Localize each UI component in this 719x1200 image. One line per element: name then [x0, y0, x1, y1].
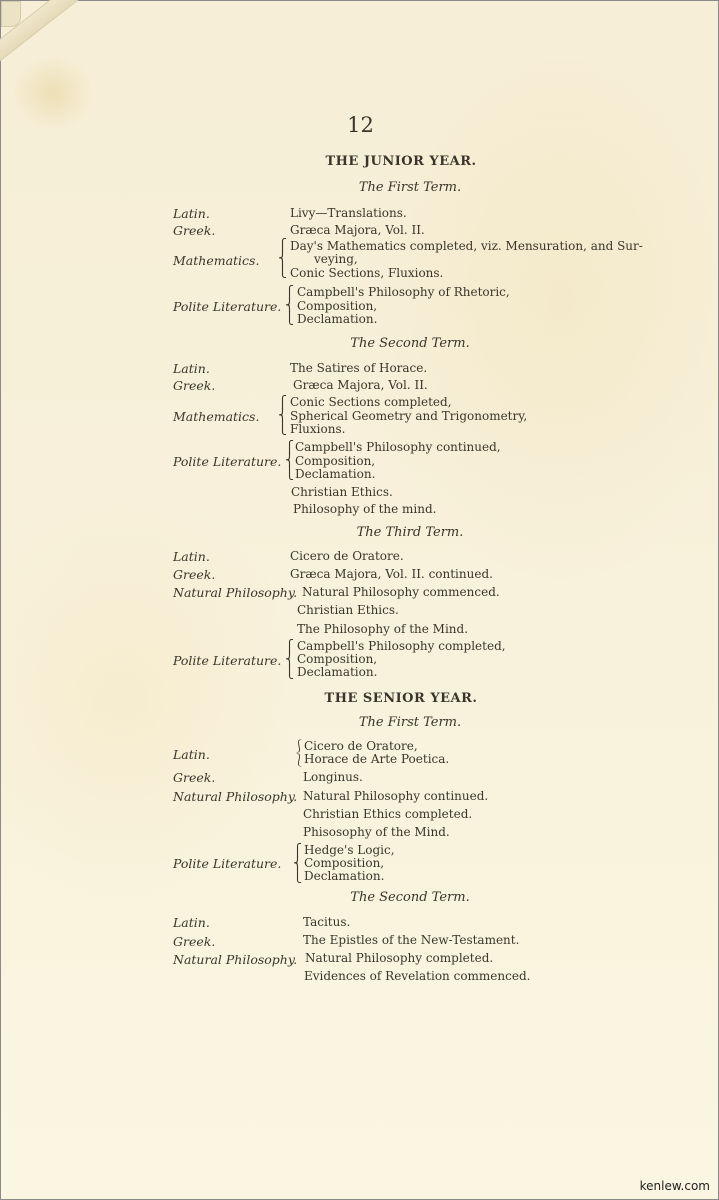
- watermark: kenlew.com: [640, 1179, 710, 1193]
- course-line: Campbell's Philosophy completed,: [297, 639, 506, 653]
- course-line: Cicero de Oratore,: [304, 739, 418, 753]
- subject-latin: Latin.: [173, 206, 210, 221]
- course-text: The Epistles of the New-Testament.: [303, 933, 519, 947]
- course-text: Græca Majora, Vol. II. continued.: [290, 567, 493, 581]
- course-line: Day's Mathematics completed, viz. Mensur…: [290, 239, 643, 253]
- course-text: Græca Majora, Vol. II.: [290, 223, 425, 237]
- course-line: Hedge's Logic,: [304, 843, 395, 857]
- scanned-page: 12 THE JUNIOR YEAR. The First Term. Lati…: [0, 0, 719, 1200]
- course-line: veying,: [314, 252, 358, 266]
- subject-natural-philosophy: Natural Philosophy.: [173, 789, 297, 804]
- course-text: Phisosophy of the Mind.: [303, 825, 450, 839]
- subject-latin: Latin.: [173, 915, 210, 930]
- course-line: Spherical Geometry and Trigonometry,: [290, 409, 527, 423]
- course-line: Fluxions.: [290, 422, 345, 436]
- course-text: Christian Ethics completed.: [303, 807, 472, 821]
- subject-greek: Greek.: [173, 567, 215, 582]
- course-line: Horace de Arte Poetica.: [304, 752, 449, 766]
- course-text: Græca Majora, Vol. II.: [293, 378, 428, 392]
- junior-first-term-title: The First Term.: [1, 180, 719, 195]
- course-line: Composition,: [295, 454, 375, 468]
- course-text: The Philosophy of the Mind.: [297, 622, 468, 636]
- junior-third-term-title: The Third Term.: [1, 525, 719, 540]
- course-line: Declamation.: [297, 665, 377, 679]
- subject-latin: Latin.: [173, 747, 210, 762]
- brace-icon: ⎧⎨⎩: [285, 286, 294, 325]
- course-line: Declamation.: [297, 312, 377, 326]
- subject-mathematics: Mathematics.: [173, 409, 259, 424]
- course-line: Composition,: [297, 299, 377, 313]
- course-text: Natural Philosophy continued.: [303, 789, 488, 803]
- course-text: The Satires of Horace.: [290, 361, 427, 375]
- senior-second-term-title: The Second Term.: [1, 890, 719, 905]
- course-line: Conic Sections completed,: [290, 395, 452, 409]
- course-line: Composition,: [297, 652, 377, 666]
- junior-year-heading: THE JUNIOR YEAR.: [1, 154, 719, 169]
- subject-greek: Greek.: [173, 770, 215, 785]
- subject-polite-literature: Polite Literature.: [173, 856, 281, 871]
- course-line: Campbell's Philosophy of Rhetoric,: [297, 285, 510, 299]
- page-number: 12: [1, 113, 719, 137]
- subject-natural-philosophy: Natural Philosophy.: [173, 952, 297, 967]
- course-text: Natural Philosophy completed.: [305, 951, 493, 965]
- senior-first-term-title: The First Term.: [1, 715, 719, 730]
- course-text: Tacitus.: [303, 915, 350, 929]
- course-line: Declamation.: [295, 467, 375, 481]
- course-line: Declamation.: [304, 869, 384, 883]
- page-corner-decoration: [1, 1, 21, 27]
- subject-natural-philosophy: Natural Philosophy.: [173, 585, 297, 600]
- subject-latin: Latin.: [173, 549, 210, 564]
- course-text: Philosophy of the mind.: [293, 502, 436, 516]
- brace-icon: ⎧⎨⎩: [285, 640, 294, 679]
- brace-icon: ⎧⎨⎩: [278, 239, 287, 278]
- course-line: Campbell's Philosophy continued,: [295, 440, 501, 454]
- subject-greek: Greek.: [173, 934, 215, 949]
- senior-year-heading: THE SENIOR YEAR.: [1, 691, 719, 706]
- subject-latin: Latin.: [173, 361, 210, 376]
- course-text: Longinus.: [303, 770, 363, 784]
- subject-mathematics: Mathematics.: [173, 253, 259, 268]
- subject-greek: Greek.: [173, 223, 215, 238]
- course-text: Cicero de Oratore.: [290, 549, 404, 563]
- course-text: Livy—Translations.: [290, 206, 407, 220]
- subject-greek: Greek.: [173, 378, 215, 393]
- subject-polite-literature: Polite Literature.: [173, 653, 281, 668]
- brace-icon: ⎧⎨⎩: [293, 844, 302, 883]
- subject-polite-literature: Polite Literature.: [173, 299, 281, 314]
- course-line: Composition,: [304, 856, 384, 870]
- course-text: Christian Ethics.: [297, 603, 399, 617]
- brace-icon: ⎧⎨⎩: [278, 396, 287, 435]
- course-text: Evidences of Revelation commenced.: [304, 969, 530, 983]
- subject-polite-literature: Polite Literature.: [173, 454, 281, 469]
- junior-second-term-title: The Second Term.: [1, 336, 719, 351]
- course-line: Conic Sections, Fluxions.: [290, 266, 443, 280]
- course-text: Christian Ethics.: [291, 485, 393, 499]
- brace-icon: ⎧⎨⎩: [285, 441, 294, 480]
- course-text: Natural Philosophy commenced.: [302, 585, 500, 599]
